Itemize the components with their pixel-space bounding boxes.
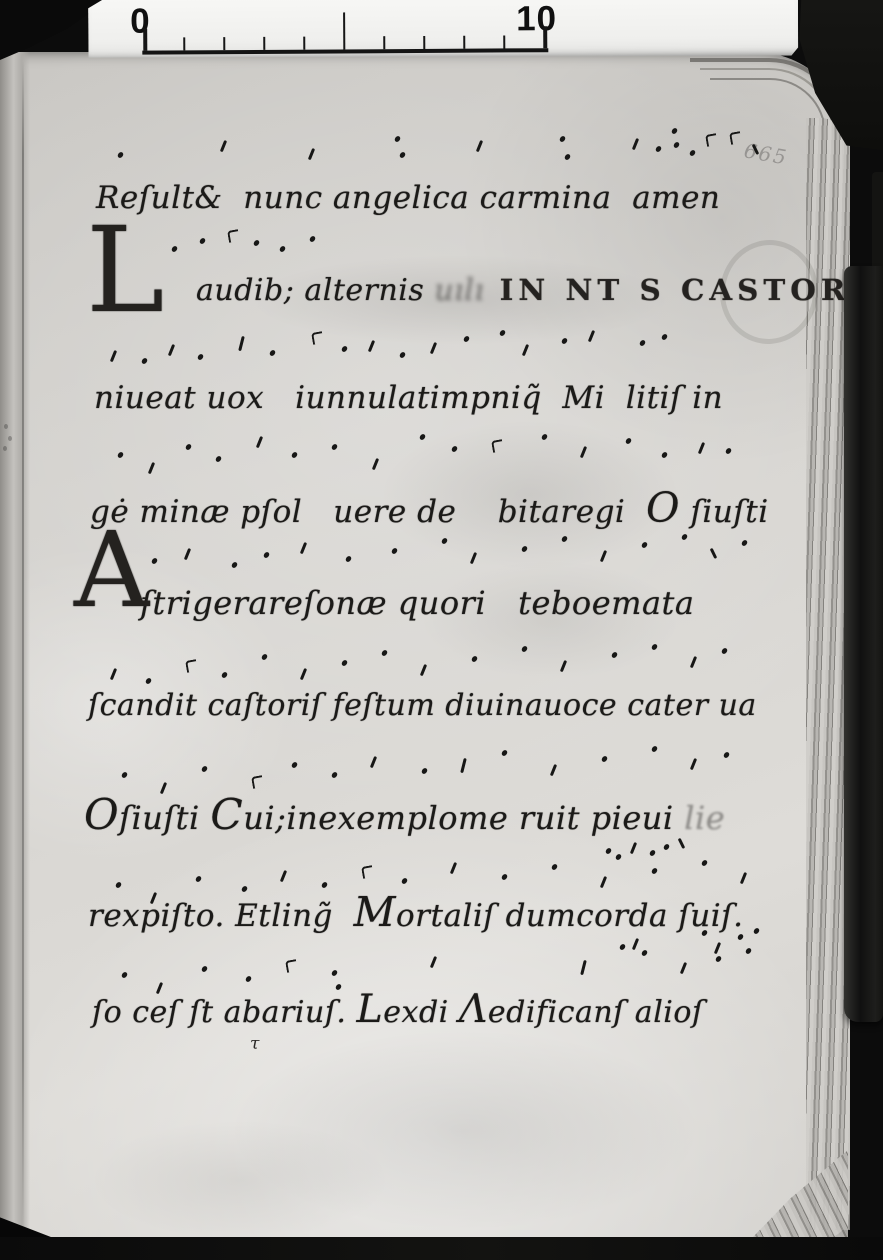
neume-mark <box>564 153 571 160</box>
neume-mark <box>625 437 632 444</box>
neume-mark <box>148 462 155 474</box>
neume-mark <box>401 877 408 884</box>
line-6: ſcandit caſtoriſ feſtum diuinauoce cater… <box>88 688 757 723</box>
neume-mark <box>476 140 483 152</box>
text-segment: lie <box>674 799 726 837</box>
neume-mark <box>723 751 730 758</box>
neume-mark <box>280 870 287 882</box>
neume-mark <box>195 875 202 882</box>
neume-mark <box>630 842 637 854</box>
neume-mark <box>419 433 426 440</box>
neume-mark <box>8 436 12 441</box>
text-segment: ſiuſti <box>680 494 769 530</box>
neume-mark <box>238 336 244 351</box>
neume-mark <box>185 443 192 450</box>
neume-mark <box>561 535 568 542</box>
neume-mark <box>681 533 688 540</box>
neume-mark <box>641 949 648 956</box>
text-segment: ſcandit caſtoriſ feſtum diuinauoce cater… <box>88 688 757 723</box>
neume-mark <box>663 843 670 850</box>
neume-mark <box>651 643 658 650</box>
neume-mark <box>639 339 646 346</box>
neume-mark <box>110 668 117 680</box>
neume-mark <box>701 859 708 866</box>
line-9: ſo ceſ ſt abariuſ. Lexdi Λedificanſ alio… <box>92 986 704 1032</box>
neume-mark <box>370 756 377 768</box>
neume-mark <box>611 651 618 658</box>
neume-mark <box>117 451 124 458</box>
text-segment: edificanſ alioſ <box>488 995 704 1030</box>
line-1: Reſult& nunc angelica carmina amen <box>96 180 720 216</box>
neume-mark <box>641 541 648 548</box>
neume-mark <box>221 671 228 678</box>
neume-mark <box>308 148 315 160</box>
text-segment: O <box>84 790 119 839</box>
neume-mark <box>399 351 406 358</box>
neume-mark <box>561 337 568 344</box>
text-segment: ſtrigerareſonæ quori teboemata <box>140 584 694 622</box>
neume-mark <box>368 340 375 352</box>
measuring-ruler: 0 10 <box>88 0 798 60</box>
neume-mark <box>291 761 298 768</box>
neume-mark <box>171 245 178 252</box>
neume-mark <box>655 145 662 152</box>
neume-mark <box>430 342 437 354</box>
neume-mark <box>285 959 298 973</box>
neume-mark <box>521 545 528 552</box>
neume-mark <box>651 745 658 752</box>
text-segment: L <box>357 986 384 1032</box>
text-segment: ui;inexemplome ruit pieui <box>243 799 673 837</box>
neume-mark <box>725 447 732 454</box>
neume-mark <box>311 331 324 345</box>
neume-mark <box>721 647 728 654</box>
neume-mark <box>470 552 477 564</box>
neume-mark <box>399 151 406 158</box>
neume-mark <box>559 135 566 142</box>
ruler-tick <box>223 37 225 50</box>
neume-mark <box>753 927 760 934</box>
neume-mark <box>309 235 316 242</box>
initial-capital: A <box>74 528 149 613</box>
neume-mark <box>300 542 307 554</box>
neume-mark <box>522 344 529 356</box>
neume-mark <box>580 960 586 975</box>
ruler-tick <box>383 36 385 49</box>
neume-mark <box>4 424 8 429</box>
neume-mark <box>715 955 722 962</box>
neume-mark <box>430 956 437 968</box>
neume-mark <box>661 333 668 340</box>
neume-mark <box>220 140 227 152</box>
line-5: ſtrigerareſonæ quori teboemata <box>140 584 694 622</box>
clasp-strap-top <box>872 172 883 272</box>
neume-mark <box>491 439 504 453</box>
neume-mark <box>632 938 639 950</box>
neume-mark <box>450 862 457 874</box>
neume-mark <box>741 539 748 546</box>
neume-mark <box>632 138 639 150</box>
neume-mark <box>201 765 208 772</box>
neume-mark <box>588 330 595 342</box>
neume-mark <box>279 245 286 252</box>
neume-mark <box>661 451 668 458</box>
neume-mark <box>710 548 717 559</box>
neume-mark <box>689 149 696 156</box>
neume-mark <box>3 446 7 451</box>
ruler-label-start: 0 <box>130 2 151 42</box>
neume-mark <box>341 659 348 666</box>
neume-mark <box>391 547 398 554</box>
neume-mark <box>550 764 557 776</box>
neume-mark <box>263 551 270 558</box>
book-clasp-strap <box>844 266 883 1022</box>
neume-mark <box>197 353 204 360</box>
text-segment: C <box>210 790 243 839</box>
text-segment: rexpiſto. Etling̃ <box>88 898 354 934</box>
neume-mark <box>678 838 685 849</box>
neume-mark <box>690 758 697 770</box>
neume-mark <box>600 550 607 562</box>
neume-mark <box>251 775 264 789</box>
text-segment: O <box>646 484 680 532</box>
neume-mark <box>421 767 428 774</box>
neume-mark <box>615 853 622 860</box>
ruler-tick <box>543 26 547 48</box>
ruler-tick <box>263 37 265 50</box>
correction-mark: τ <box>250 1034 259 1054</box>
neume-mark <box>619 943 626 950</box>
neume-mark <box>420 664 427 676</box>
neume-mark <box>441 537 448 544</box>
ruler-tick <box>143 29 147 51</box>
text-segment: Reſult& nunc angelica carmina amen <box>96 180 720 216</box>
neume-mark <box>227 229 240 243</box>
neume-mark <box>381 649 388 656</box>
neume-mark <box>737 933 744 940</box>
ruler-tick <box>463 36 465 49</box>
neume-mark <box>600 876 607 888</box>
ruler-tick <box>183 37 185 50</box>
text-segment: exdi <box>383 995 459 1030</box>
neume-mark <box>471 655 478 662</box>
neume-mark <box>501 873 508 880</box>
neume-mark <box>729 131 742 145</box>
neume-mark <box>184 548 191 560</box>
neume-mark <box>463 335 470 342</box>
neume-mark <box>499 329 506 336</box>
neume-mark <box>740 872 747 884</box>
neume-mark <box>680 962 687 974</box>
neume-mark <box>551 863 558 870</box>
neume-mark <box>291 451 298 458</box>
text-segment: Λ <box>459 986 488 1032</box>
folio-mark: 665 <box>742 138 790 169</box>
manuscript-text: 665 Reſult& nunc angelica carmina amenau… <box>0 0 883 1260</box>
neume-mark <box>361 865 374 879</box>
line-3: niueat uox iunnulatimpniq̃ Mi litiſ in <box>94 380 723 416</box>
neume-mark <box>341 345 348 352</box>
neume-mark <box>253 239 260 246</box>
ruler-baseline <box>142 48 548 54</box>
neume-mark <box>168 344 175 356</box>
text-segment: niueat uox iunnulatimpniq̃ Mi litiſ in <box>94 380 723 416</box>
neume-mark <box>110 350 117 362</box>
neume-mark <box>460 758 466 773</box>
text-segment: ſo ceſ ſt abariuſ. <box>92 995 357 1030</box>
line-4: gė minæ pſol uere de bitaregi O ſiuſti <box>90 484 769 532</box>
neume-mark <box>541 433 548 440</box>
neume-mark <box>521 645 528 652</box>
ruler-tick <box>343 12 345 49</box>
neume-mark <box>121 971 128 978</box>
text-segment: uılı <box>434 273 484 308</box>
neume-mark <box>714 942 721 954</box>
neume-mark <box>649 849 656 856</box>
neume-mark <box>705 133 718 147</box>
neume-mark <box>745 947 752 954</box>
neume-mark <box>141 357 148 364</box>
faint-flourish-circle <box>713 234 825 351</box>
neume-mark <box>690 656 697 668</box>
text-segment: M <box>354 888 396 936</box>
neume-mark <box>117 151 124 158</box>
text-segment: gė minæ pſol uere de bitaregi <box>90 494 646 530</box>
neume-mark <box>698 442 705 454</box>
neume-mark <box>580 446 587 458</box>
neume-mark <box>261 653 268 660</box>
ruler-tick <box>503 35 505 48</box>
neume-mark <box>451 445 458 452</box>
neume-mark <box>300 668 307 680</box>
neume-mark <box>185 659 198 673</box>
text-segment: ortaliſ dumcorda ſuiſ. <box>396 898 744 934</box>
neume-mark <box>201 965 208 972</box>
neume-mark <box>231 561 238 568</box>
neume-mark <box>501 749 508 756</box>
neume-mark <box>394 135 401 142</box>
neume-mark <box>256 436 263 448</box>
neume-mark <box>673 141 680 148</box>
neume-mark <box>331 969 338 976</box>
text-segment: audib; alternis <box>196 273 434 308</box>
neume-mark <box>601 755 608 762</box>
ruler-tick <box>423 36 425 49</box>
neume-mark <box>651 867 658 874</box>
neume-mark <box>145 677 152 684</box>
manuscript-photo: { "ruler": {"start_label": "0", "end_lab… <box>0 0 883 1260</box>
neume-mark <box>269 349 276 356</box>
neume-mark <box>372 458 379 470</box>
ruler-label-end: 10 <box>516 0 557 39</box>
initial-capital: L <box>86 222 164 319</box>
neume-mark <box>121 771 128 778</box>
ruler-tick <box>303 37 305 50</box>
neume-mark <box>605 847 612 854</box>
line-8: rexpiſto. Etling̃ Mortaliſ dumcorda ſuiſ… <box>88 888 744 936</box>
neume-mark <box>215 455 222 462</box>
neume-mark <box>331 443 338 450</box>
neume-mark <box>151 557 158 564</box>
neume-mark <box>671 127 678 134</box>
neume-mark <box>199 237 206 244</box>
neume-mark <box>345 555 352 562</box>
neume-mark <box>560 660 567 672</box>
line-7: Oſiuſti Cui;inexemplome ruit pieui lie <box>84 790 725 839</box>
neume-mark <box>331 771 338 778</box>
dark-background-bottom <box>0 1237 883 1260</box>
text-segment: ſiuſti <box>119 799 210 837</box>
neume-mark <box>245 975 252 982</box>
